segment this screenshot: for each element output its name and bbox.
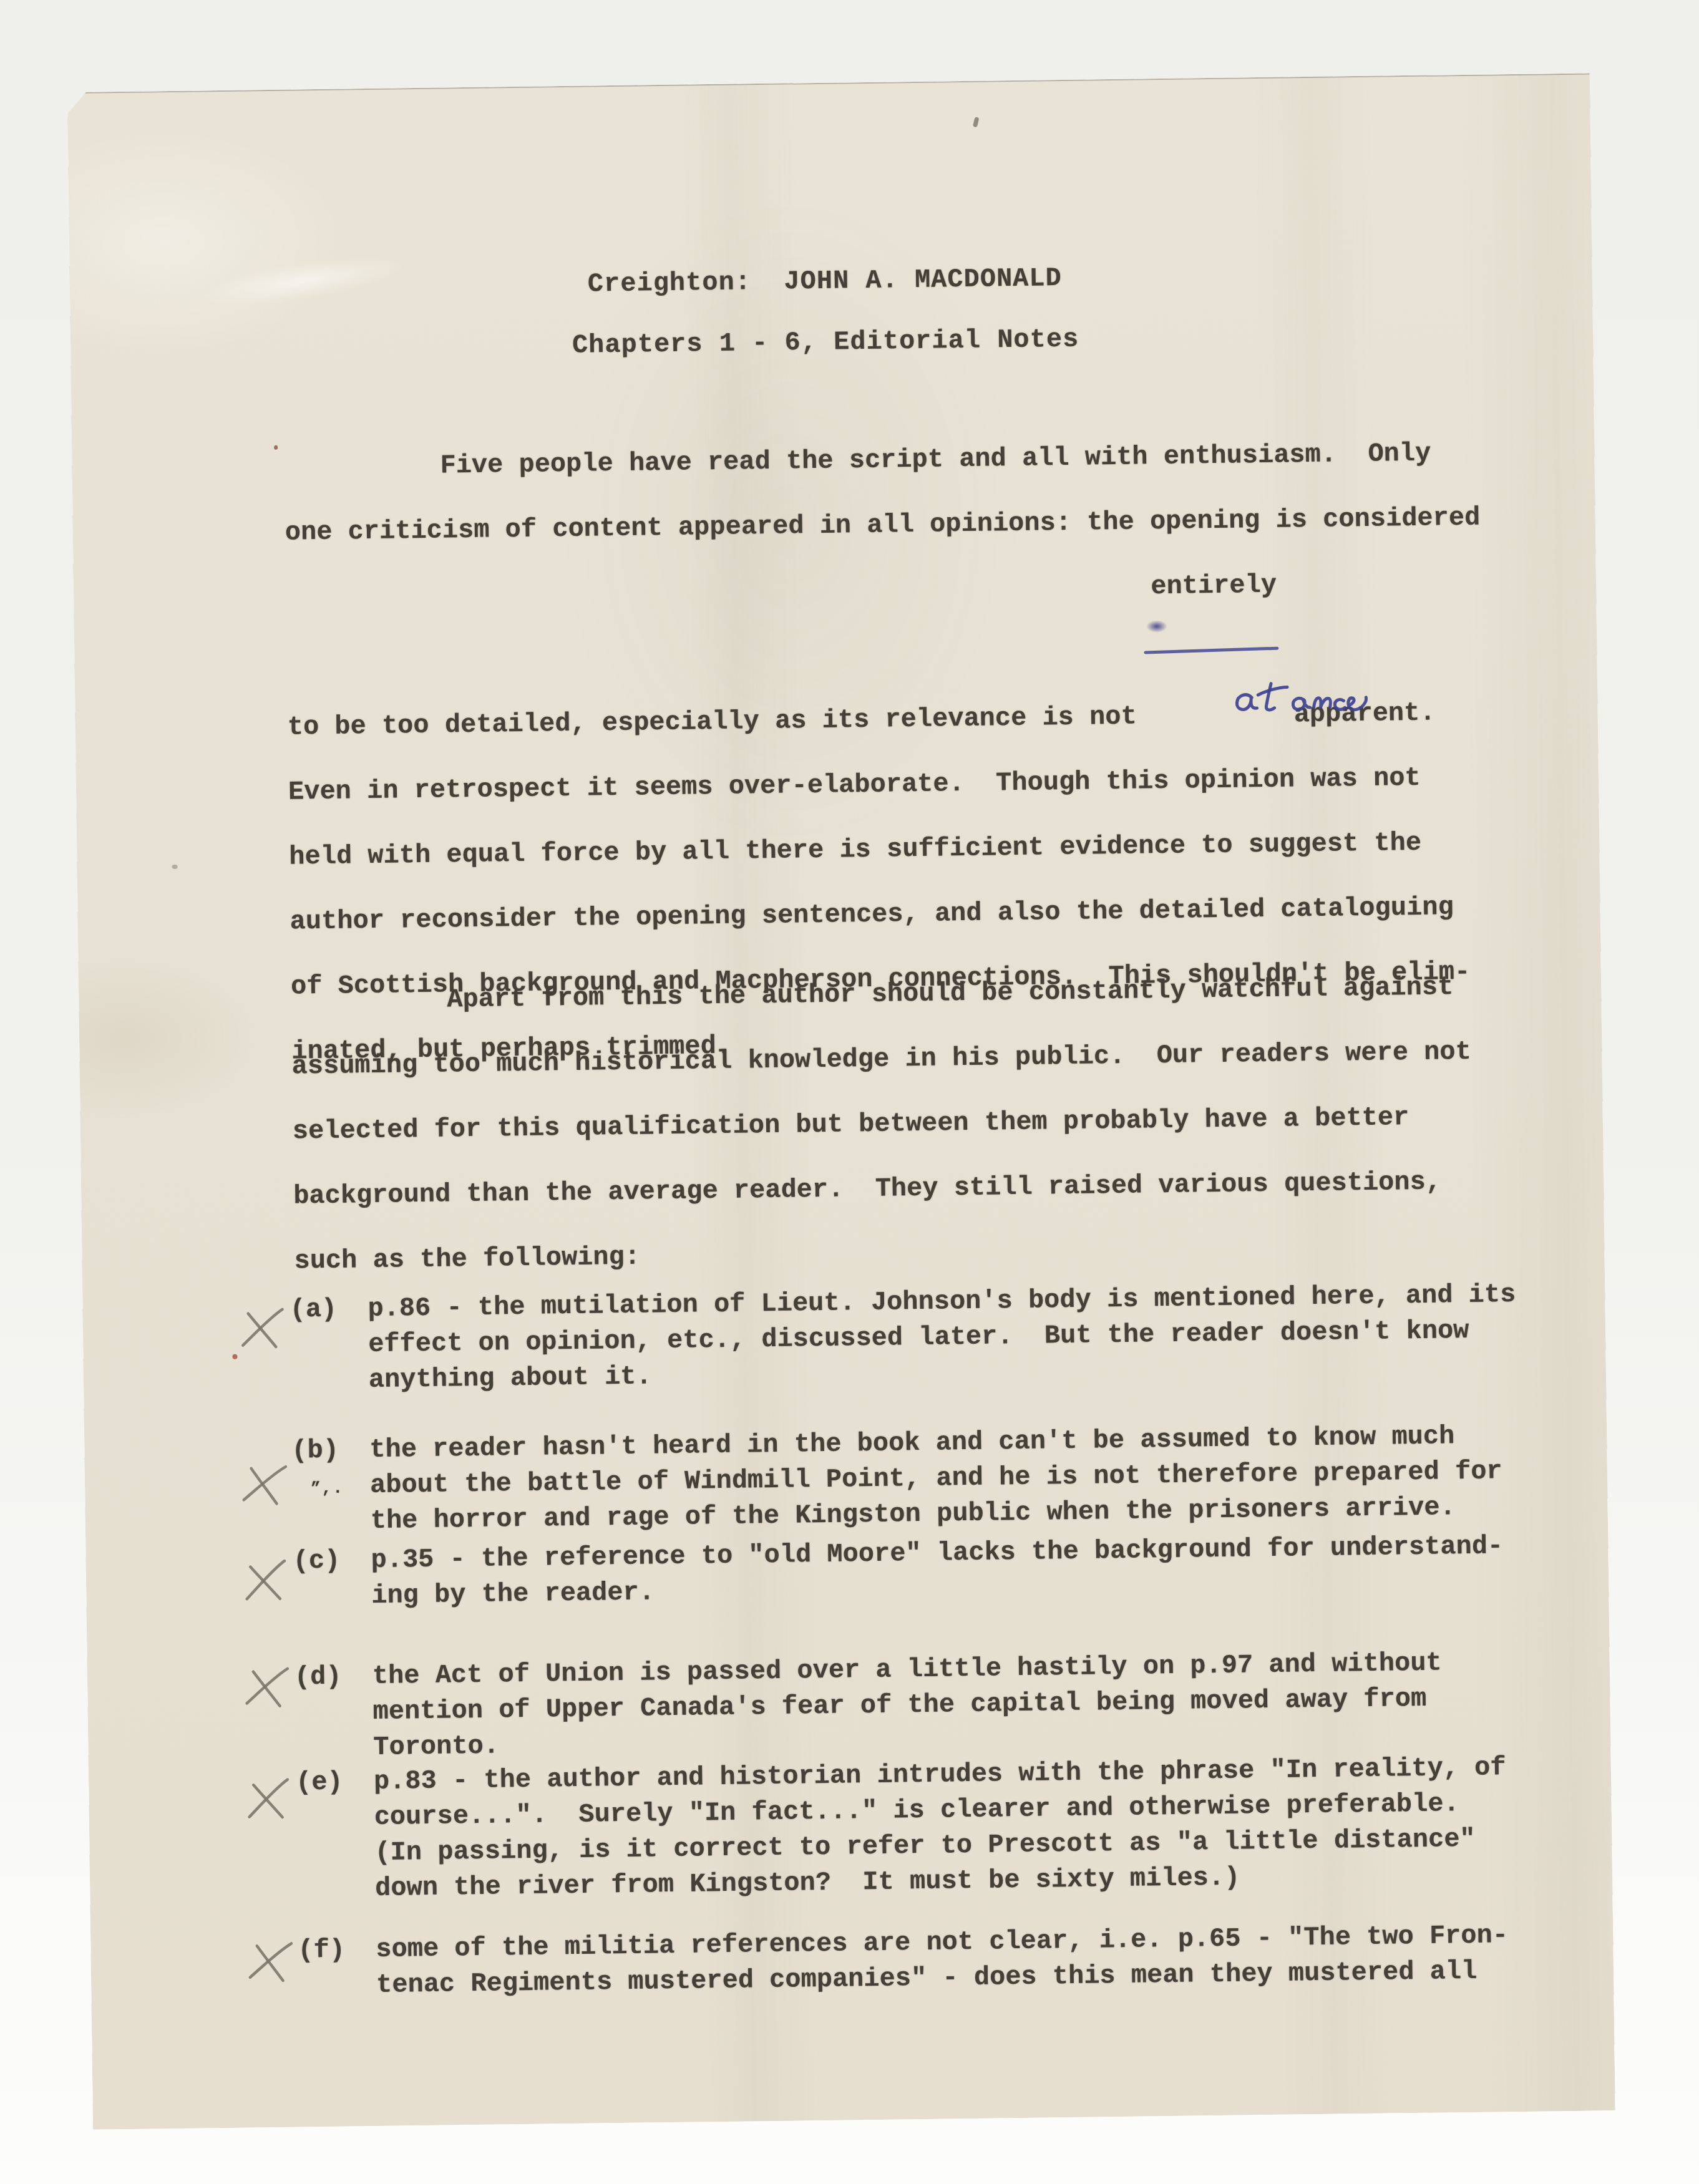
document-subtitle: Chapters 1 - 6, Editorial Notes [420,307,1232,378]
list-item: (a)p.86 - the mutilation of Lieut. Johns… [290,1277,1517,1399]
paragraph-2: Apart from this the author should be con… [291,954,1474,1294]
ink-speck [973,117,979,127]
title-block: Creighton: JOHN A. MACDONALD Chapters 1 … [419,246,1231,378]
pencil-x-mark-icon [246,1939,295,1987]
handwritten-annotation-ink [1225,671,1386,727]
list-item-label: (a) [290,1292,337,1328]
pencil-x-mark-icon [238,1306,286,1354]
list-item: (b)”,.the reader hasn't heard in the boo… [291,1418,1503,1540]
pencil-x-mark-icon [244,1776,293,1825]
list-item-label: (d) [295,1659,342,1696]
list-item: (f)some of the militia references are no… [298,1918,1509,2004]
list-item-label: (c) [293,1543,340,1580]
list-item-text: the Act of Union is passed over a little… [372,1646,1443,1766]
list-item: (c)p.35 - the reference to "old Moore" l… [293,1528,1504,1614]
paper-smudge-speck [172,865,178,869]
list-item-label: (b) [291,1433,339,1469]
list-item-label: (e) [296,1765,343,1801]
list-item-text: some of the militia references are not c… [376,1918,1509,2003]
document-page: Creighton: JOHN A. MACDONALD Chapters 1 … [67,73,1615,2132]
list-item-text: the reader hasn't heard in the book and … [369,1418,1503,1539]
pencil-x-mark-icon [241,1558,291,1608]
pencil-x-mark-icon [243,1664,291,1712]
list-item: (e)p.83 - the author and historian intru… [296,1750,1507,1907]
pencil-x-mark-icon [240,1461,289,1510]
list-item-text: p.35 - the reference to "old Moore" lack… [371,1528,1504,1614]
list-item-label: (f) [298,1933,345,1969]
paper-crease [199,247,408,315]
handwritten-annotation-text: at once [1184,684,1184,684]
line-text: to be too detailed, especially as its re… [288,701,1153,742]
struck-out-word: entirely at once [1151,553,1279,749]
scanned-document-screenshot: { "document": { "kind": "typewritten edi… [0,0,1699,2184]
paper-stain-speck [274,445,278,450]
typewritten-line: to be too detailed, especially as its re… [286,550,1483,760]
document-title: Creighton: JOHN A. MACDONALD [419,246,1230,317]
list-item-text: p.86 - the mutilation of Lieut. Johnson'… [368,1277,1517,1398]
paper-stain-speck [232,1354,237,1359]
list-item-text: p.83 - the author and historian intrudes… [374,1750,1507,1906]
typed-stray-mark: ”,. [311,1479,344,1498]
list-item: (d)the Act of Union is passed over a lit… [295,1646,1443,1767]
